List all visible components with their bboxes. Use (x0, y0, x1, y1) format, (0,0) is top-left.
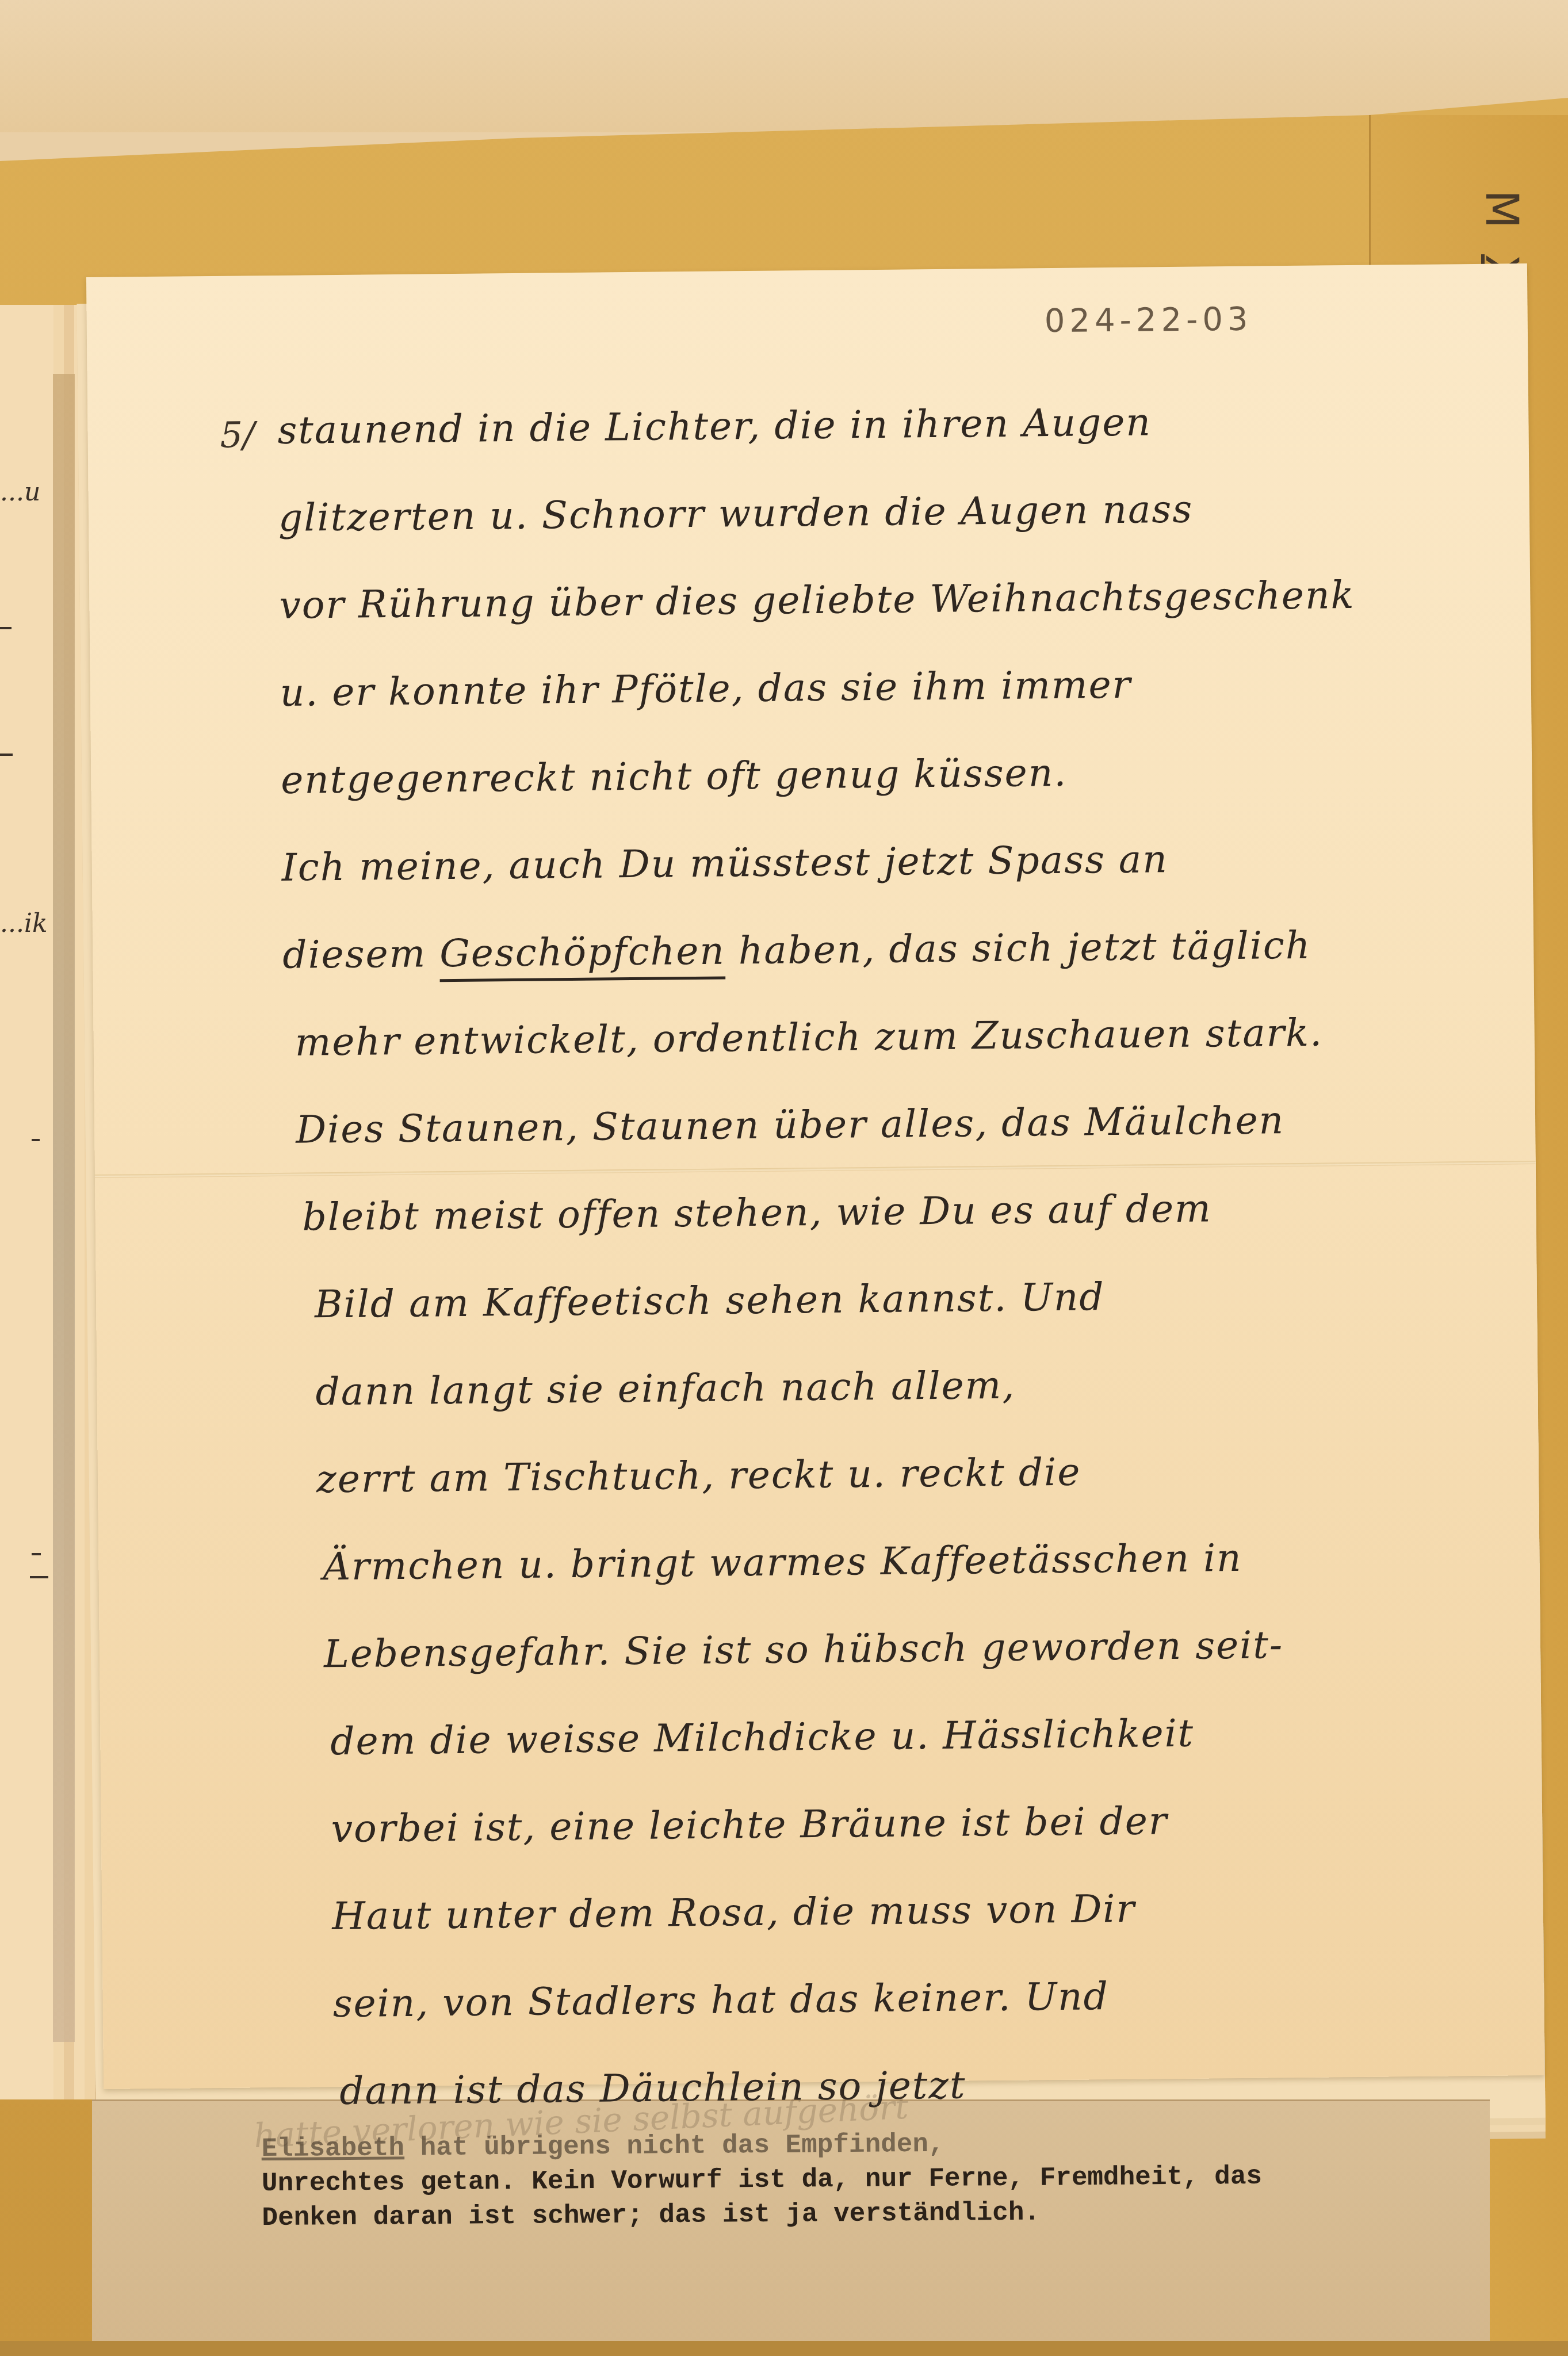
sheet-gap (53, 374, 75, 2042)
handwritten-line: Ärmchen u. bringt warmes Kaffeetässchen … (288, 1527, 1497, 1626)
handwritten-line: vorbei ist, eine leichte Bräune ist bei … (290, 1789, 1499, 1888)
left-stack-fragment: ...u (0, 477, 40, 507)
underlined-word: Geschöpfchen (439, 928, 725, 976)
ink-mark (30, 1576, 48, 1578)
transcription-line-3: Denken daran ist schwer; das ist ja vers… (262, 2198, 1040, 2233)
handwritten-line: Dies Staunen, Staunen über alles, das Mä… (284, 1090, 1493, 1189)
page-marker: 5/ (220, 414, 255, 456)
handwritten-line: zerrt am Tischtuch, reckt u. reckt die (288, 1440, 1496, 1539)
handwritten-line: Lebensgefahr. Sie ist so hübsch geworden… (289, 1615, 1497, 1714)
handwritten-line: u. er konnte ihr Pfötle, das sie ihm imm… (280, 653, 1488, 752)
underlined-line-rest: haben, das sich jetzt täglich (725, 923, 1311, 973)
handwritten-line: Ich meine, auch Du müsstest jetzt Spass … (281, 828, 1490, 927)
handwritten-line: dem die weisse Milchdicke u. Hässlichkei… (290, 1702, 1498, 1801)
handwritten-line: mehr entwickelt, ordentlich zum Zuschaue… (283, 1003, 1491, 1101)
handwritten-line: glitzerten u. Schnorr wurden die Augen n… (278, 478, 1486, 577)
handwritten-line: entgegenreckt nicht oft genug küssen. (281, 740, 1489, 839)
handwritten-line: dann langt sie einfach nach allem, (286, 1352, 1495, 1451)
handwritten-line-underlined: diesem Geschöpfchen haben, das sich jetz… (282, 915, 1491, 1014)
catalog-number: 024-22-03 (1044, 301, 1252, 340)
handwritten-line: staunend in die Lichter, die in ihren Au… (277, 391, 1486, 489)
underlined-word-prefix: diesem (282, 931, 440, 977)
left-stack-fragment: ...ik (0, 909, 48, 938)
ink-mark (32, 1139, 40, 1141)
handwritten-line: Haut unter dem Rosa, die muss von Dir (292, 1877, 1500, 1976)
ink-mark (0, 754, 13, 756)
handwritten-line: vor Rührung über dies geliebte Weihnacht… (279, 565, 1487, 664)
backdrop (0, 0, 1568, 132)
transcription-line-2: Unrechtes getan. Kein Vorwurf ist da, nu… (262, 2162, 1262, 2198)
handwritten-line: bleibt meist offen stehen, wie Du es auf… (285, 1177, 1493, 1276)
folder-label-prefix: M (1475, 190, 1527, 234)
handwritten-line: Bild am Kaffeetisch sehen kannst. Und (286, 1265, 1494, 1364)
letter-page: 024-22-03 5/ staunend in die Lichter, di… (86, 263, 1544, 2089)
ink-mark (0, 627, 12, 629)
handwritten-line: sein, von Stadlers hat das keiner. Und (292, 1964, 1501, 2063)
handwritten-text: staunend in die Lichter, die in ihren Au… (277, 391, 1502, 2151)
ink-mark (32, 1553, 41, 1555)
folder-edge (0, 2341, 1568, 2356)
